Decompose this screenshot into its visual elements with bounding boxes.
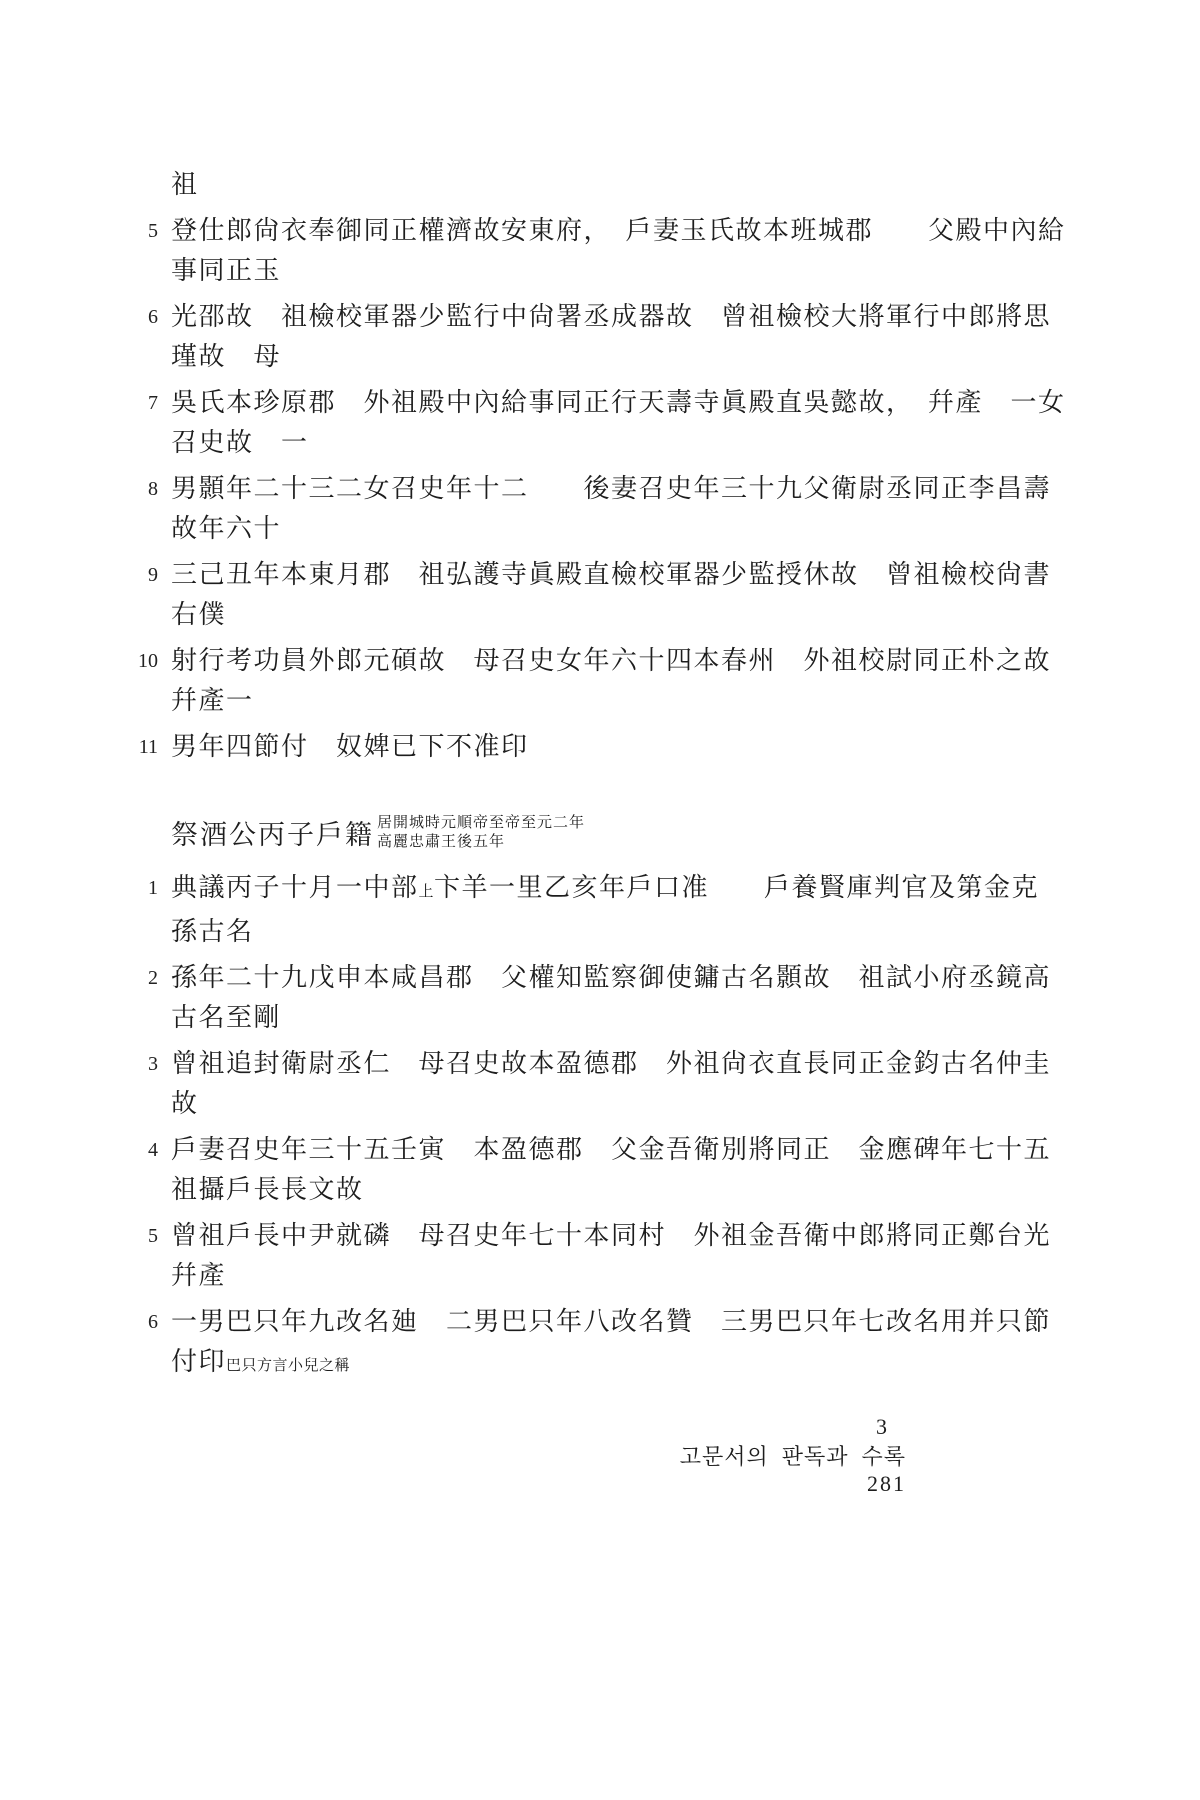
transcript-item: 8男顥年二十三二女召史年十二 後妻召史年三十九父衛尉丞同正李昌壽故年六十 (128, 469, 1066, 549)
text-line: 一男巴只年九改名廸 二男巴只年八改名贊 三男巴只年七改名用并只節 (171, 1302, 1051, 1342)
line-number: 6 (128, 297, 158, 377)
text-line: 射行考功員外郎元碩故 母召史女年六十四本春州 外祖校尉同正朴之故 (171, 641, 1051, 681)
text-line: 男年四節付 奴婢已下不准印 (171, 727, 529, 767)
transcript-item: 4戶妻召史年三十五壬寅 本盈德郡 父金吾衛別將同正 金應碑年七十五祖攝戶長長文故 (128, 1130, 1066, 1210)
text-line: 典議丙子十月一中部上卞羊一里乙亥年戶口准 戶養賢庫判官及第金克 (171, 868, 1039, 912)
text-segment: 故年六十 (171, 514, 281, 543)
text-line: 祖 (171, 165, 199, 205)
text-line: 故 (171, 1084, 1051, 1124)
footer-chapter-title: 고문서의 판독과 수록 (680, 1444, 906, 1469)
text-segment-small: 巴只方言小兒之稱 (226, 1358, 350, 1374)
section-header: 祭酒公丙子戶籍 居開城時元順帝至帝至元二年 高麗忠肅王後五年 (171, 813, 1066, 852)
line-text-block: 祖 (171, 165, 199, 205)
transcript-item: 5登仕郎尙衣奉御同正權濟故安東府， 戶妻玉氏故本班城郡 父殿中內給事同正玉 (128, 211, 1066, 291)
transcript-item: 6一男巴只年九改名廸 二男巴只年八改名贊 三男巴只年七改名用并只節付印巴只方言小… (128, 1302, 1066, 1386)
line-number: 4 (128, 1130, 158, 1210)
text-line: 右僕 (171, 595, 1051, 635)
line-number: 10 (128, 641, 158, 721)
text-line: 曾祖戶長中尹就磷 母召史年七十本同村 外祖金吾衛中郎將同正鄭台光 (171, 1216, 1051, 1256)
text-segment: 典議丙子十月一中部 (171, 873, 419, 902)
transcript-item: 6光邵故 祖檢校軍器少監行中尙署丞成器故 曾祖檢校大將軍行中郎將思瑾故 母 (128, 297, 1066, 377)
text-line: 付印巴只方言小兒之稱 (171, 1342, 1051, 1386)
line-text-block: 戶妻召史年三十五壬寅 本盈德郡 父金吾衛別將同正 金應碑年七十五祖攝戶長長文故 (171, 1130, 1051, 1210)
transcript-section-2: 1典議丙子十月一中部上卞羊一里乙亥年戶口准 戶養賢庫判官及第金克孫古名2孫年二十… (128, 868, 1066, 1386)
line-text-block: 射行考功員外郎元碩故 母召史女年六十四本春州 外祖校尉同正朴之故幷產一 (171, 641, 1051, 721)
line-text-block: 男年四節付 奴婢已下不准印 (171, 727, 529, 767)
footer-chapter-number: 3 (876, 1414, 888, 1439)
transcript-item: 5曾祖戶長中尹就磷 母召史年七十本同村 外祖金吾衛中郎將同正鄭台光幷產 (128, 1216, 1066, 1296)
text-line: 祖攝戶長長文故 (171, 1170, 1051, 1210)
transcript-item: 2孫年二十九戊申本咸昌郡 父權知監察御使鏞古名顥故 祖試小府丞鏡高古名至剛 (128, 958, 1066, 1038)
text-segment: 事同正玉 (171, 256, 281, 285)
line-text-block: 曾祖戶長中尹就磷 母召史年七十本同村 外祖金吾衛中郎將同正鄭台光幷產 (171, 1216, 1051, 1296)
line-text-block: 吳氏本珍原郡 外祖殿中內給事同正行天壽寺眞殿直吳懿故， 幷產 一女召史故 一 (171, 383, 1066, 463)
text-segment-small: 上 (419, 884, 435, 900)
line-number: 2 (128, 958, 158, 1038)
text-segment: 孫年二十九戊申本咸昌郡 父權知監察御使鏞古名顥故 祖試小府丞鏡高 (171, 963, 1051, 992)
page-footer: 3 고문서의 판독과 수록 281 (0, 1388, 906, 1523)
transcript-item: 3曾祖追封衛尉丞仁 母召史故本盈德郡 外祖尙衣直長同正金鈞古名仲圭故 (128, 1044, 1066, 1124)
text-line: 孫古名 (171, 912, 1039, 952)
transcript-item: 11男年四節付 奴婢已下不准印 (128, 727, 1066, 767)
text-line: 幷產一 (171, 681, 1051, 721)
transcript-section-1: 祖5登仕郎尙衣奉御同正權濟故安東府， 戶妻玉氏故本班城郡 父殿中內給事同正玉6光… (128, 165, 1066, 767)
line-number (128, 165, 158, 205)
book-page: 祖5登仕郎尙衣奉御同正權濟故安東府， 戶妻玉氏故本班城郡 父殿中內給事同正玉6光… (0, 0, 1200, 1800)
text-segment: 右僕 (171, 600, 226, 629)
text-line: 男顥年二十三二女召史年十二 後妻召史年三十九父衛尉丞同正李昌壽 (171, 469, 1051, 509)
transcription-body: 祖5登仕郎尙衣奉御同正權濟故安東府， 戶妻玉氏故本班城郡 父殿中內給事同正玉6光… (128, 165, 1066, 1392)
line-text-block: 光邵故 祖檢校軍器少監行中尙署丞成器故 曾祖檢校大將軍行中郎將思瑾故 母 (171, 297, 1051, 377)
transcript-item: 10射行考功員外郎元碩故 母召史女年六十四本春州 外祖校尉同正朴之故幷產一 (128, 641, 1066, 721)
text-line: 光邵故 祖檢校軍器少監行中尙署丞成器故 曾祖檢校大將軍行中郎將思 (171, 297, 1051, 337)
text-segment: 射行考功員外郎元碩故 母召史女年六十四本春州 外祖校尉同正朴之故 (171, 646, 1051, 675)
text-segment: 祖攝戶長長文故 (171, 1175, 364, 1204)
line-text-block: 登仕郎尙衣奉御同正權濟故安東府， 戶妻玉氏故本班城郡 父殿中內給事同正玉 (171, 211, 1066, 291)
line-text-block: 曾祖追封衛尉丞仁 母召史故本盈德郡 外祖尙衣直長同正金鈞古名仲圭故 (171, 1044, 1051, 1124)
line-number: 5 (128, 1216, 158, 1296)
line-number: 3 (128, 1044, 158, 1124)
text-segment: 登仕郎尙衣奉御同正權濟故安東府， 戶妻玉氏故本班城郡 父殿中內給 (171, 216, 1066, 245)
line-number: 8 (128, 469, 158, 549)
line-number: 1 (128, 868, 158, 952)
text-line: 幷產 (171, 1256, 1051, 1296)
text-segment: 曾祖戶長中尹就磷 母召史年七十本同村 外祖金吾衛中郎將同正鄭台光 (171, 1221, 1051, 1250)
text-segment: 曾祖追封衛尉丞仁 母召史故本盈德郡 外祖尙衣直長同正金鈞古名仲圭 (171, 1049, 1051, 1078)
text-segment: 召史故 一 (171, 428, 309, 457)
transcript-item: 9三己丑年本東月郡 祖弘護寺眞殿直檢校軍器少監授休故 曾祖檢校尙書右僕 (128, 555, 1066, 635)
text-segment: 幷產一 (171, 686, 254, 715)
text-line: 曾祖追封衛尉丞仁 母召史故本盈德郡 外祖尙衣直長同正金鈞古名仲圭 (171, 1044, 1051, 1084)
text-segment: 瑾故 母 (171, 342, 281, 371)
line-number: 6 (128, 1302, 158, 1386)
text-line: 三己丑年本東月郡 祖弘護寺眞殿直檢校軍器少監授休故 曾祖檢校尙書 (171, 555, 1051, 595)
text-segment: 一男巴只年九改名廸 二男巴只年八改名贊 三男巴只年七改名用并只節 (171, 1307, 1051, 1336)
text-segment: 古名至剛 (171, 1003, 281, 1032)
text-line: 孫年二十九戊申本咸昌郡 父權知監察御使鏞古名顥故 祖試小府丞鏡高 (171, 958, 1051, 998)
text-segment: 吳氏本珍原郡 外祖殿中內給事同正行天壽寺眞殿直吳懿故， 幷產 一女 (171, 388, 1066, 417)
line-number: 7 (128, 383, 158, 463)
text-segment: 男年四節付 奴婢已下不准印 (171, 732, 529, 761)
line-text-block: 孫年二十九戊申本咸昌郡 父權知監察御使鏞古名顥故 祖試小府丞鏡高古名至剛 (171, 958, 1051, 1038)
text-line: 召史故 一 (171, 423, 1066, 463)
line-text-block: 典議丙子十月一中部上卞羊一里乙亥年戶口准 戶養賢庫判官及第金克孫古名 (171, 868, 1039, 952)
line-number: 5 (128, 211, 158, 291)
line-text-block: 男顥年二十三二女召史年十二 後妻召史年三十九父衛尉丞同正李昌壽故年六十 (171, 469, 1051, 549)
text-segment: 卞羊一里乙亥年戶口准 戶養賢庫判官及第金克 (434, 873, 1039, 902)
text-segment: 男顥年二十三二女召史年十二 後妻召史年三十九父衛尉丞同正李昌壽 (171, 474, 1051, 503)
text-line: 事同正玉 (171, 251, 1066, 291)
annotation-line-1: 居開城時元順帝至帝至元二年 (377, 815, 585, 831)
text-segment: 光邵故 祖檢校軍器少監行中尙署丞成器故 曾祖檢校大將軍行中郎將思 (171, 302, 1051, 331)
text-segment: 戶妻召史年三十五壬寅 本盈德郡 父金吾衛別將同正 金應碑年七十五 (171, 1135, 1051, 1164)
text-line: 登仕郎尙衣奉御同正權濟故安東府， 戶妻玉氏故本班城郡 父殿中內給 (171, 211, 1066, 251)
text-segment: 幷產 (171, 1261, 226, 1290)
transcript-item: 7吳氏本珍原郡 外祖殿中內給事同正行天壽寺眞殿直吳懿故， 幷產 一女召史故 一 (128, 383, 1066, 463)
text-segment: 三己丑年本東月郡 祖弘護寺眞殿直檢校軍器少監授休故 曾祖檢校尙書 (171, 560, 1051, 589)
text-line: 吳氏本珍原郡 外祖殿中內給事同正行天壽寺眞殿直吳懿故， 幷產 一女 (171, 383, 1066, 423)
text-segment: 孫古名 (171, 917, 254, 946)
text-line: 瑾故 母 (171, 337, 1051, 377)
line-number: 11 (128, 727, 158, 767)
text-segment: 祖 (171, 170, 199, 199)
section-title: 祭酒公丙子戶籍 (171, 813, 374, 852)
text-line: 戶妻召史年三十五壬寅 本盈德郡 父金吾衛別將同正 金應碑年七十五 (171, 1130, 1051, 1170)
footer-page-number: 281 (867, 1471, 906, 1496)
line-text-block: 一男巴只年九改名廸 二男巴只年八改名贊 三男巴只年七改名用并只節付印巴只方言小兒… (171, 1302, 1051, 1386)
annotation-line-2: 高麗忠肅王後五年 (377, 834, 505, 850)
text-line: 古名至剛 (171, 998, 1051, 1038)
line-text-block: 三己丑年本東月郡 祖弘護寺眞殿直檢校軍器少監授休故 曾祖檢校尙書右僕 (171, 555, 1051, 635)
transcript-item: 祖 (128, 165, 1066, 205)
section-annotation: 居開城時元順帝至帝至元二年 高麗忠肅王後五年 (377, 814, 585, 852)
text-segment: 付印 (171, 1347, 226, 1376)
text-line: 故年六十 (171, 509, 1051, 549)
line-number: 9 (128, 555, 158, 635)
transcript-item: 1典議丙子十月一中部上卞羊一里乙亥年戶口准 戶養賢庫判官及第金克孫古名 (128, 868, 1066, 952)
text-segment: 故 (171, 1089, 199, 1118)
